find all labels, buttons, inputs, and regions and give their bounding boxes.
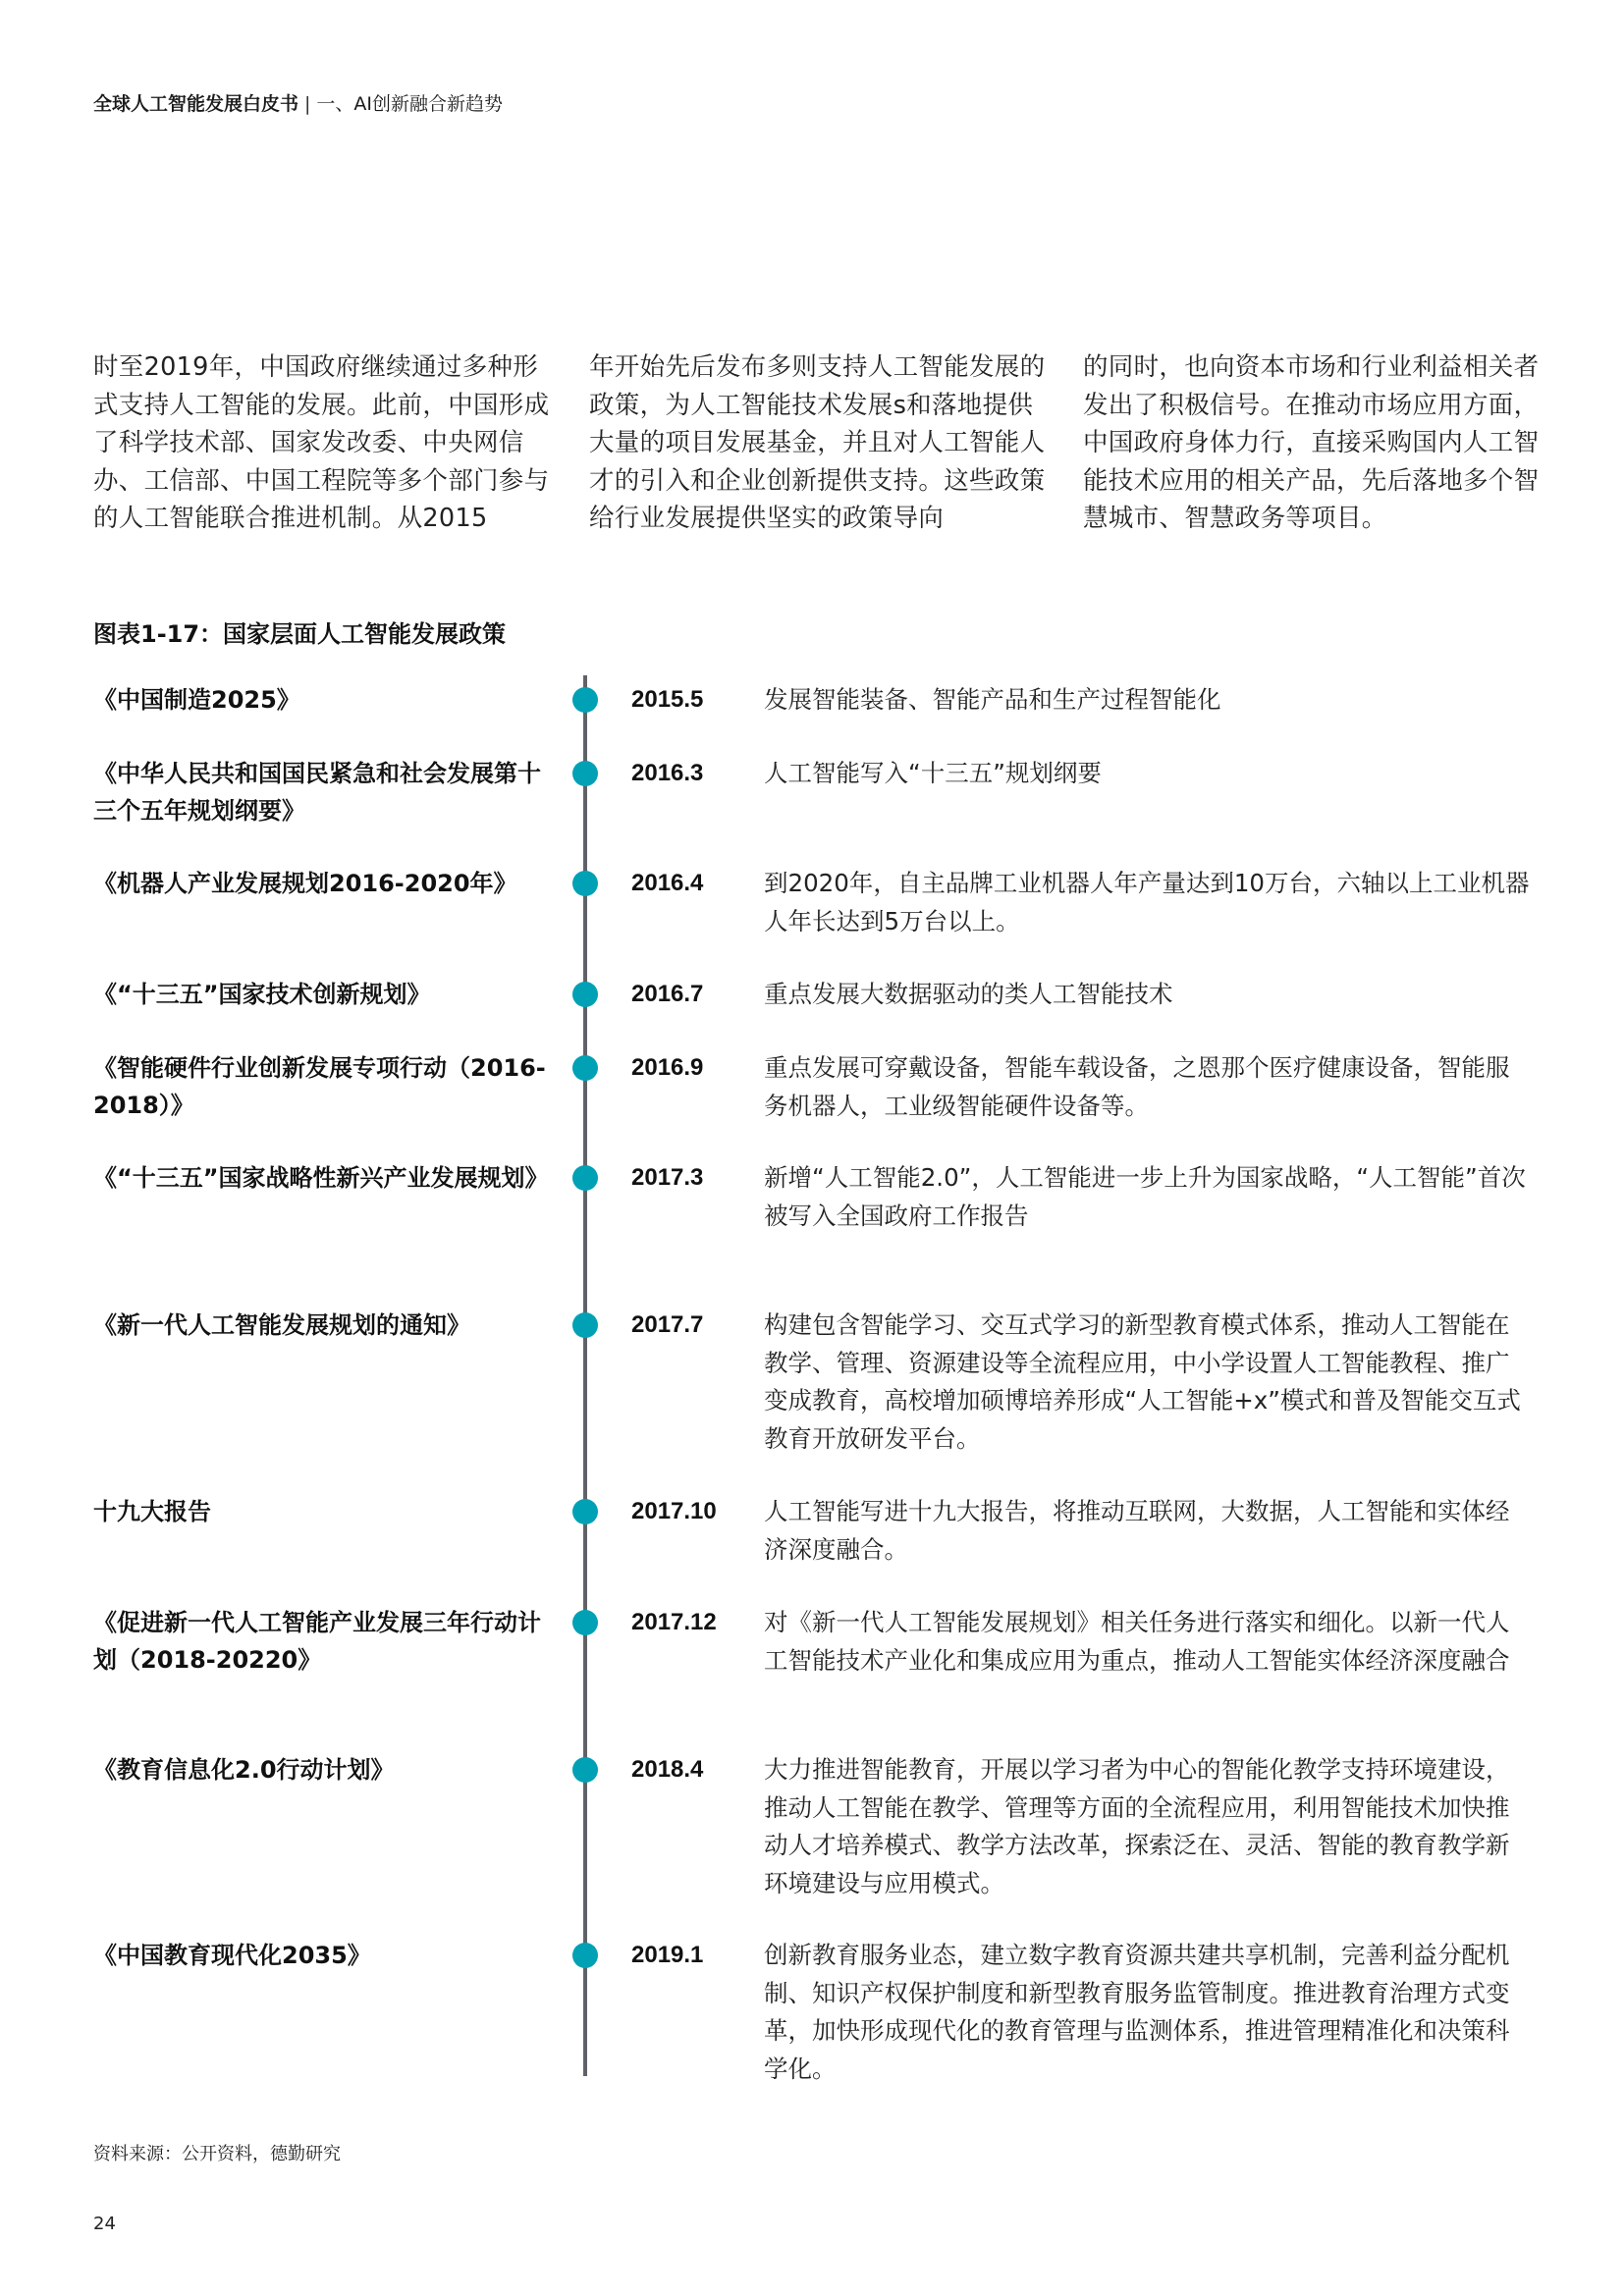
policy-name: 十九大报告	[93, 1493, 555, 1530]
policy-name: 《“十三五”国家战略性新兴产业发展规划》	[93, 1159, 555, 1197]
policy-name: 《中国教育现代化2035》	[93, 1937, 555, 1974]
timeline-dot-icon	[572, 1610, 598, 1635]
policy-date: 2017.10	[631, 1493, 717, 1530]
section-title: 一、AI创新融合新趋势	[316, 93, 503, 115]
policy-date: 2017.12	[631, 1604, 717, 1641]
timeline-dot-icon	[572, 687, 598, 713]
header-separator: |	[304, 93, 310, 115]
policy-date: 2016.9	[631, 1049, 703, 1087]
timeline-dot-icon	[572, 1499, 598, 1524]
timeline-dot-icon	[572, 1055, 598, 1081]
policy-name: 《中国制造2025》	[93, 681, 555, 719]
timeline-dot-icon	[572, 1312, 598, 1338]
source-note: 资料来源：公开资料，德勤研究	[93, 2140, 341, 2165]
intro-column-3: 的同时，也向资本市场和行业利益相关者发出了积极信号。在推动市场应用方面，中国政府…	[1083, 348, 1544, 538]
policy-name: 《促进新一代人工智能产业发展三年行动计划（2018-20220》	[93, 1604, 555, 1679]
policy-description: 重点发展大数据驱动的类人工智能技术	[764, 976, 1532, 1014]
policy-date: 2019.1	[631, 1937, 703, 1974]
document-title: 全球人工智能发展白皮书	[93, 93, 298, 115]
policy-name: 《智能硬件行业创新发展专项行动（2016-2018）》	[93, 1049, 555, 1124]
policy-description: 发展智能装备、智能产品和生产过程智能化	[764, 681, 1532, 720]
timeline-dot-icon	[572, 1165, 598, 1191]
figure-title: 图表1-17：国家层面人工智能发展政策	[93, 614, 506, 649]
policy-date: 2016.7	[631, 976, 703, 1013]
policy-description: 新增“人工智能2.0”，人工智能进一步上升为国家战略，“人工智能”首次被写入全国…	[764, 1159, 1532, 1235]
timeline-dot-icon	[572, 982, 598, 1007]
policy-date: 2017.3	[631, 1159, 703, 1197]
policy-description: 构建包含智能学习、交互式学习的新型教育模式体系，推动人工智能在教学、管理、资源建…	[764, 1307, 1532, 1458]
policy-name: 《中华人民共和国国民紧急和社会发展第十三个五年规划纲要》	[93, 755, 555, 829]
policy-description: 重点发展可穿戴设备，智能车载设备，之恩那个医疗健康设备，智能服务机器人，工业级智…	[764, 1049, 1532, 1125]
policy-description: 人工智能写进十九大报告，将推动互联网，大数据，人工智能和实体经济深度融合。	[764, 1493, 1532, 1569]
page-number: 24	[93, 2214, 116, 2234]
intro-column-1: 时至2019年，中国政府继续通过多种形式支持人工智能的发展。此前，中国形成了科学…	[93, 348, 555, 538]
policy-description: 到2020年，自主品牌工业机器人年产量达到10万台，六轴以上工业机器人年长达到5…	[764, 865, 1532, 940]
policy-name: 《教育信息化2.0行动计划》	[93, 1751, 555, 1789]
policy-name: 《机器人产业发展规划2016-2020年》	[93, 865, 555, 902]
policy-date: 2015.5	[631, 681, 703, 719]
timeline-dot-icon	[572, 761, 598, 786]
intro-column-2: 年开始先后发布多则支持人工智能发展的政策，为人工智能技术发展s和落地提供大量的项…	[589, 348, 1051, 538]
policy-date: 2016.3	[631, 755, 703, 792]
policy-description: 创新教育服务业态，建立数字教育资源共建共享机制，完善利益分配机制、知识产权保护制…	[764, 1937, 1532, 2088]
timeline-dot-icon	[572, 1943, 598, 1968]
policy-description: 人工智能写入“十三五”规划纲要	[764, 755, 1532, 793]
policy-description: 大力推进智能教育，开展以学习者为中心的智能化教学支持环境建设，推动人工智能在教学…	[764, 1751, 1532, 1902]
policy-name: 《新一代人工智能发展规划的通知》	[93, 1307, 555, 1344]
timeline-dot-icon	[572, 1757, 598, 1783]
running-header: 全球人工智能发展白皮书|一、AI创新融合新趋势	[93, 92, 503, 116]
policy-date: 2017.7	[631, 1307, 703, 1344]
policy-description: 对《新一代人工智能发展规划》相关任务进行落实和细化。以新一代人工智能技术产业化和…	[764, 1604, 1532, 1680]
policy-date: 2018.4	[631, 1751, 703, 1789]
policy-date: 2016.4	[631, 865, 703, 902]
policy-name: 《“十三五”国家技术创新规划》	[93, 976, 555, 1013]
timeline-dot-icon	[572, 871, 598, 896]
